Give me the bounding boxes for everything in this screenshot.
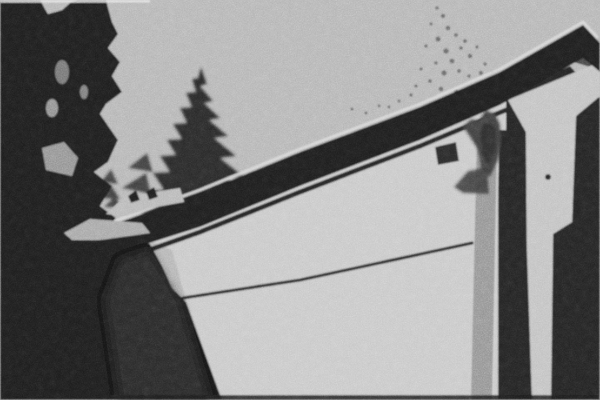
photograph [0, 0, 600, 400]
film-grain-speckle [0, 0, 600, 400]
photo-canvas [0, 0, 600, 400]
